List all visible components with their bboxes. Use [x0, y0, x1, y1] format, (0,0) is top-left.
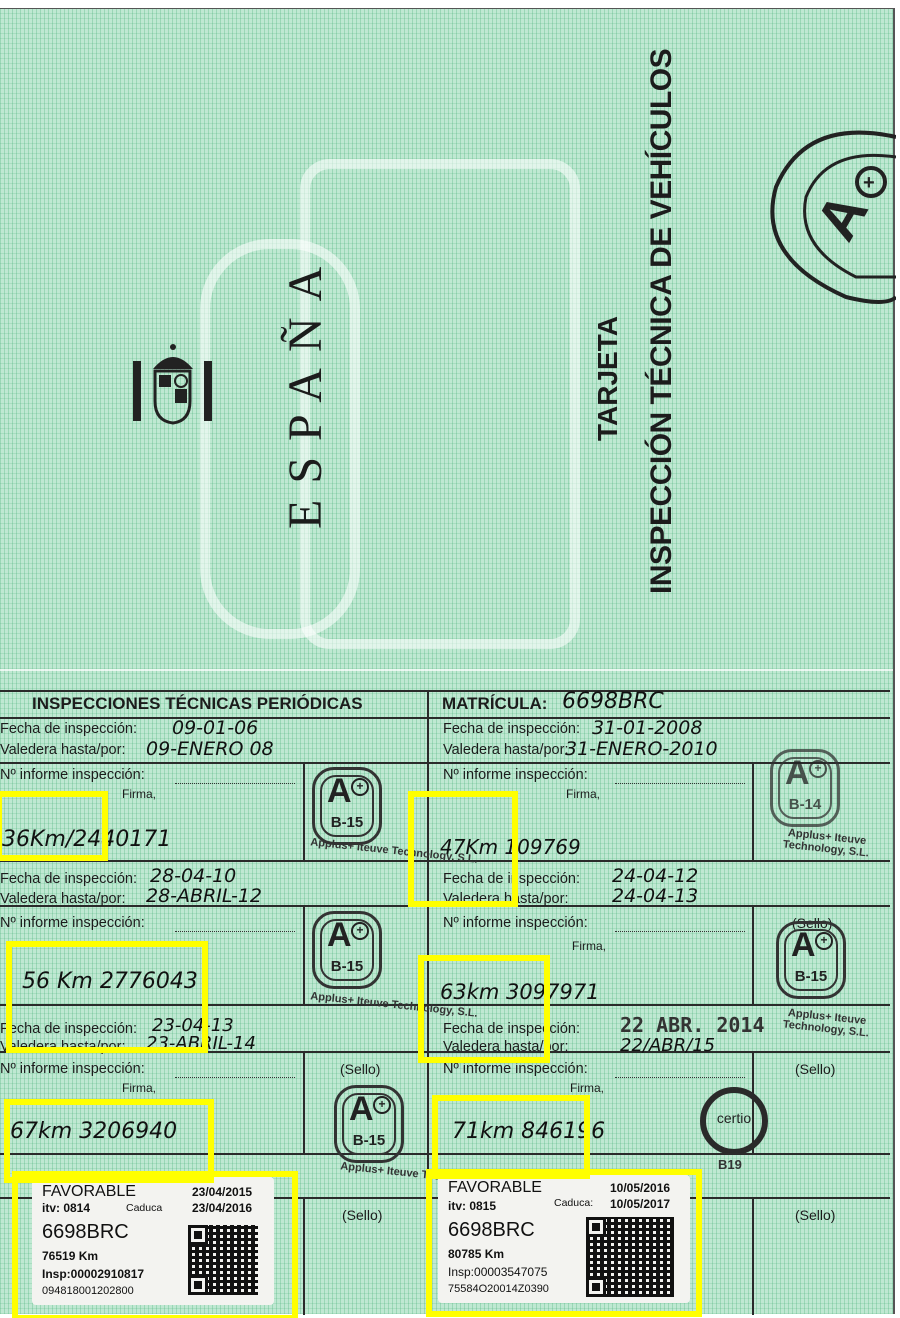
informe-field [175, 919, 295, 932]
divider [0, 717, 890, 719]
highlight-box [426, 1169, 702, 1317]
firma-label: Firma, [570, 1081, 604, 1095]
sello-label: (Sello) [340, 1061, 380, 1077]
highlight-box [12, 1171, 298, 1318]
itv-stamp-icon: A+B-15 [776, 921, 846, 999]
valedera-value: 28-ABRIL-12 [146, 885, 262, 907]
firma-label: Firma, [122, 787, 156, 801]
svg-text:+: + [863, 172, 875, 194]
firma-label: Firma, [572, 939, 606, 953]
highlight-box [432, 1095, 590, 1179]
firma-label: Firma, [122, 1081, 156, 1095]
informe-label: Nº informe inspección: [443, 767, 588, 783]
divider [303, 905, 305, 1004]
fecha-value: 28-04-10 [150, 865, 236, 887]
divider [303, 1051, 305, 1153]
valedera-label: Valedera hasta/por: [0, 742, 125, 758]
valedera-label: Valedera hasta/por: [0, 891, 125, 907]
fecha-label: Fecha de inspección: [0, 721, 137, 737]
valedera-value: 31-ENERO-2010 [565, 738, 718, 760]
informe-label: Nº informe inspección: [0, 767, 145, 783]
coat-of-arms-icon [125, 341, 220, 431]
country-title: ESPAÑA [278, 251, 333, 529]
informe-field [615, 771, 745, 784]
highlight-box [6, 941, 208, 1053]
fecha-value: 22 ABR. 2014 [620, 1013, 765, 1037]
matricula-value: 6698BRC [562, 689, 664, 714]
valedera-value: 24-04-13 [612, 885, 698, 907]
certio-stamp-icon: certio [700, 1087, 768, 1155]
informe-label: Nº informe inspección: [0, 915, 145, 931]
itv-stamp-icon: A + [766, 127, 896, 307]
divider [752, 1197, 754, 1315]
highlight-box [0, 791, 108, 861]
firma-label: Firma, [566, 787, 600, 801]
informe-field [615, 919, 745, 932]
informe-label: Nº informe inspección: [443, 1061, 588, 1077]
section-title: INSPECCIONES TÉCNICAS PERIÓDICAS [32, 694, 363, 714]
fecha-value: 09-01-06 [172, 717, 258, 739]
sello-label: (Sello) [795, 1207, 835, 1223]
sello-label: (Sello) [342, 1207, 382, 1223]
fecha-value: 31-01-2008 [592, 717, 702, 739]
itv-stamp-icon: A+B-14 [770, 749, 840, 827]
itv-stamp-icon: A+ A+B-15 [312, 767, 382, 845]
fecha-label: Fecha de inspección: [443, 721, 580, 737]
itv-card: ESPAÑA TARJETA INSPECCIÓN TÉCNICA DE VEH… [0, 8, 895, 1314]
certio-code: B19 [718, 1157, 742, 1172]
fold-line [0, 669, 893, 671]
sello-label: (Sello) [795, 1061, 835, 1077]
informe-field [175, 771, 295, 784]
itv-stamp-icon: A+B-15 [334, 1085, 404, 1163]
highlight-box [408, 791, 518, 907]
informe-label: Nº informe inspección: [0, 1061, 145, 1077]
card-title: TARJETA [592, 316, 624, 441]
valedera-value: 22/ABR/15 [620, 1035, 715, 1056]
fecha-label: Fecha de inspección: [0, 871, 137, 887]
divider [0, 690, 890, 692]
divider [0, 762, 890, 764]
divider [752, 762, 754, 860]
divider [303, 762, 305, 860]
matricula-label: MATRÍCULA: [442, 694, 547, 714]
divider [752, 905, 754, 1004]
informe-label: Nº informe inspección: [443, 915, 588, 931]
informe-field [175, 1065, 295, 1078]
fecha-value: 24-04-12 [612, 865, 698, 887]
valedera-label: Valedera hasta/por: [443, 742, 568, 758]
itv-stamp-icon: A+B-15 [312, 911, 382, 989]
valedera-value: 09-ENERO 08 [146, 738, 274, 760]
informe-field [615, 1065, 745, 1078]
card-subtitle: INSPECCIÓN TÉCNICA DE VEHÍCULOS [645, 49, 679, 594]
divider [303, 1197, 305, 1315]
highlight-box [418, 955, 550, 1063]
